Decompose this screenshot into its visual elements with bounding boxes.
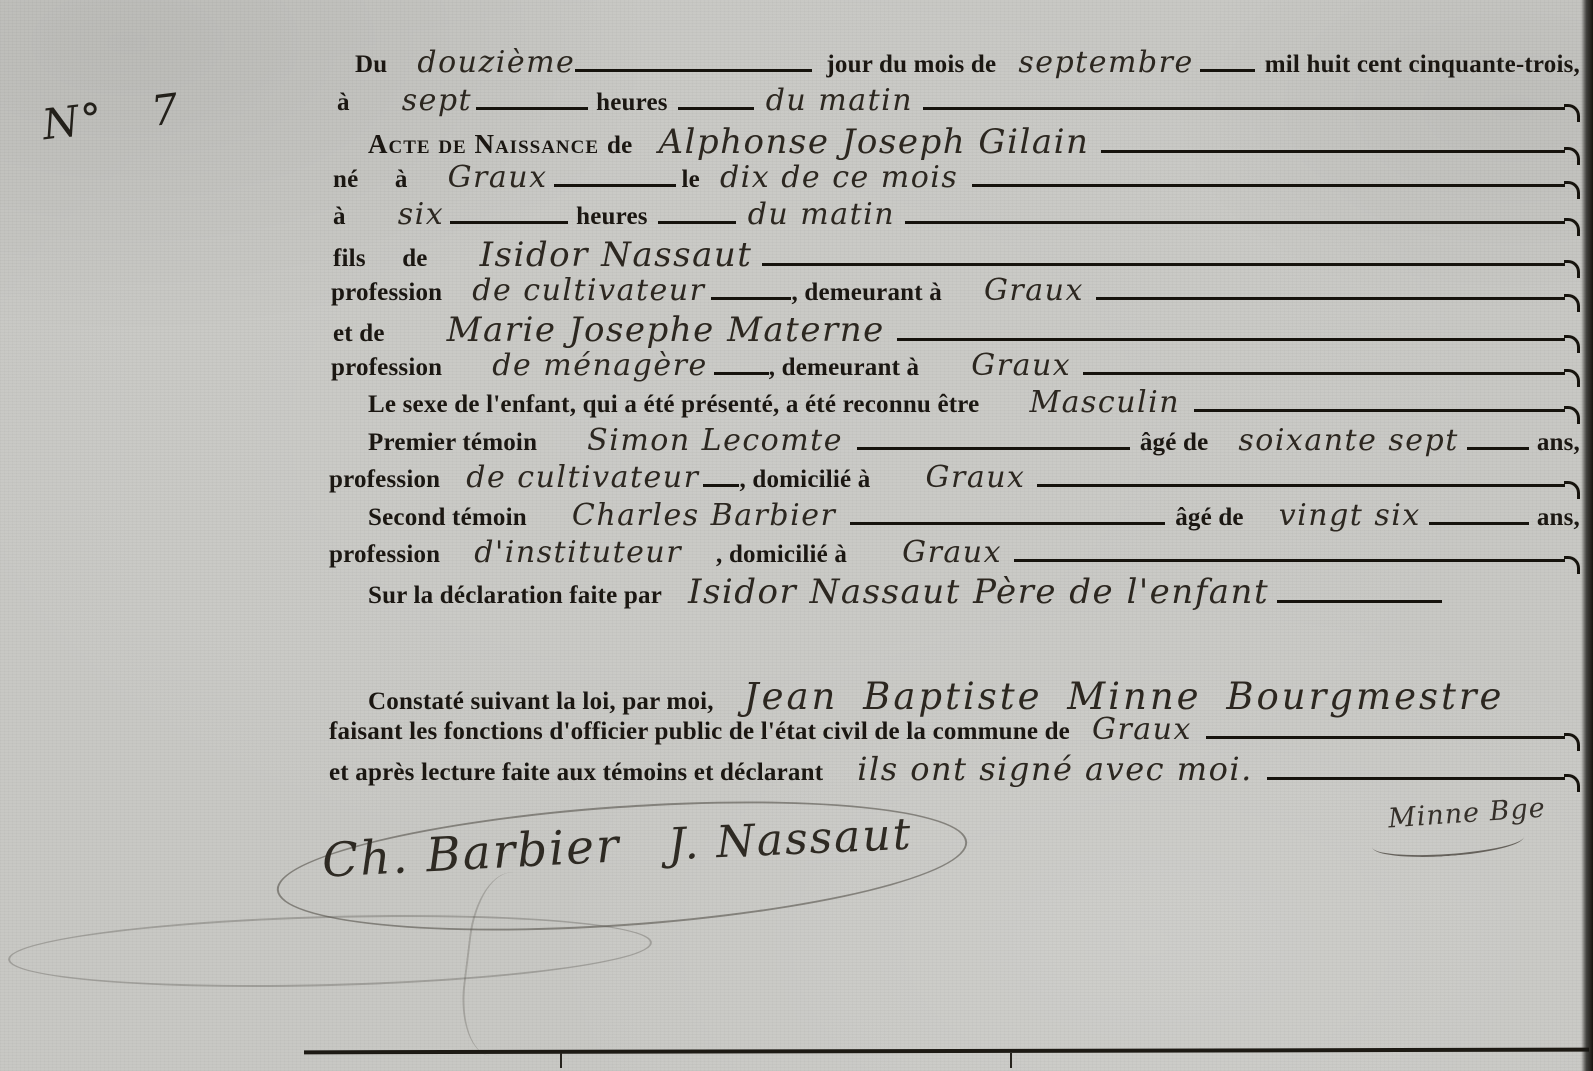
label-domicilie-a: , domicilié à — [739, 466, 870, 494]
rule-fill — [1267, 777, 1565, 780]
entry-first-witness-age: soixante sept — [1238, 423, 1458, 458]
label-ans: ans, — [1537, 429, 1580, 457]
rule-fill — [703, 484, 739, 487]
label-heures: heures — [596, 89, 668, 117]
label-profession: profession — [331, 354, 442, 382]
rule-fill — [554, 184, 676, 187]
record-time-row: à sept heures du matin — [337, 83, 1580, 123]
entry-act-ampm: du matin — [766, 83, 913, 118]
label-a: à — [337, 89, 350, 117]
rule-fill — [857, 447, 1130, 450]
label-demeurant-a: , demeurant à — [769, 354, 920, 382]
entry-second-witness-profession: d'instituteur — [474, 535, 682, 570]
rule-fill — [972, 184, 1565, 187]
officer-row: Constaté suivant la loi, par moi, Jean B… — [368, 675, 1504, 715]
label-profession: profession — [329, 466, 440, 494]
entry-birth-day: dix de ce mois — [720, 160, 958, 195]
numero-symbol: N° — [40, 93, 107, 149]
rule-fill — [850, 522, 1165, 525]
rule-curl — [1564, 481, 1580, 499]
rule-fill — [1096, 297, 1565, 300]
label-fils-de: fils de — [333, 245, 428, 273]
father-row: fils de Isidor Nassaut — [333, 235, 1580, 275]
rule-fill — [1277, 600, 1442, 603]
birth-time-row: à six heures du matin — [333, 197, 1580, 237]
father-profession-row: profession de cultivateur , demeurant à … — [331, 273, 1580, 313]
second-witness-row: Second témoin Charles Barbier âgé de vin… — [368, 498, 1580, 538]
label-profession: profession — [331, 279, 442, 307]
rule-tick — [1010, 1053, 1012, 1068]
rule-fill — [1037, 484, 1565, 487]
margin-record-number: N°7 — [40, 84, 183, 150]
entry-act-day: douzième — [417, 45, 575, 80]
entry-act-hour: sept — [402, 83, 472, 118]
record-number: 7 — [148, 84, 182, 136]
label-age-de: âgé de — [1140, 429, 1209, 457]
label-profession: profession — [329, 541, 440, 569]
entry-second-witness-name: Charles Barbier — [572, 498, 836, 533]
label-du: Du — [355, 51, 387, 79]
second-witness-profession-row: profession d'instituteur , domicilié à G… — [329, 535, 1580, 575]
entry-commune: Graux — [1092, 712, 1192, 747]
rule-fill — [1194, 409, 1565, 412]
label-acte-de-naissance: Acte de Naissance — [368, 129, 599, 160]
entry-second-witness-residence: Graux — [902, 535, 1002, 570]
rule-fill — [658, 221, 736, 224]
entry-second-witness-age: vingt six — [1279, 498, 1421, 533]
sex-row: Le sexe de l'enfant, qui a été présenté,… — [368, 385, 1580, 425]
first-witness-row: Premier témoin Simon Lecomte âgé de soix… — [368, 423, 1580, 463]
entry-declarant: Isidor Nassaut Père de l'enfant — [688, 572, 1269, 612]
entry-first-witness-name: Simon Lecomte — [587, 423, 843, 458]
label-sexe: Le sexe de l'enfant, qui a été présenté,… — [368, 391, 979, 419]
first-witness-profession-row: profession de cultivateur , domicilié à … — [329, 460, 1580, 500]
label-domicilie-a: , domicilié à — [716, 541, 847, 569]
rule-fill — [476, 107, 588, 110]
label-ans: ans, — [1537, 504, 1580, 532]
rule-fill — [1429, 522, 1529, 525]
record-date-row: Du douzième jour du mois de septembre mi… — [355, 45, 1580, 85]
rule-fill — [923, 107, 1565, 110]
rule-fill — [1200, 69, 1255, 72]
entry-father-residence: Graux — [984, 273, 1084, 308]
label-ne-a: né à — [333, 166, 408, 194]
entry-mother-name: Marie Josephe Materne — [447, 310, 885, 350]
label-heures: heures — [576, 203, 648, 231]
rule-fill — [450, 221, 568, 224]
label-le: le — [682, 166, 700, 194]
entry-first-witness-profession: de cultivateur — [466, 460, 699, 495]
rule-fill — [1467, 447, 1529, 450]
declaration-row: Sur la déclaration faite par Isidor Nass… — [368, 572, 1442, 612]
rule-curl — [1564, 218, 1580, 236]
rule-fill — [1083, 372, 1565, 375]
birthplace-row: né à Graux le dix de ce mois — [333, 160, 1580, 200]
mother-row: et de Marie Josephe Materne — [333, 310, 1580, 350]
birth-certificate-page: N°7 Du douzième jour du mois de septembr… — [0, 0, 1593, 1071]
entry-mother-profession: de ménagère — [492, 348, 707, 383]
label-faisant-fonctions: faisant les fonctions d'officier public … — [329, 718, 1070, 746]
rule-curl — [1564, 104, 1580, 122]
rule-fill — [711, 297, 791, 300]
act-title-row: Acte de Naissance de Alphonse Joseph Gil… — [368, 122, 1580, 162]
rule-fill — [1014, 559, 1565, 562]
commune-row: faisant les fonctions d'officier public … — [329, 712, 1580, 752]
entry-child-name: Alphonse Joseph Gilain — [658, 122, 1089, 162]
entry-birth-ampm: du matin — [748, 197, 895, 232]
rule-fill — [575, 69, 812, 72]
entry-birth-hour: six — [398, 197, 444, 232]
rule-curl — [1564, 406, 1580, 424]
label-apres-lecture: et après lecture faite aux témoins et dé… — [329, 759, 823, 787]
rule-tick — [560, 1053, 562, 1068]
label-year: mil huit cent cinquante-trois, — [1265, 51, 1580, 79]
entry-mother-residence: Graux — [971, 348, 1071, 383]
label-second-temoin: Second témoin — [368, 504, 527, 532]
rule-fill — [905, 221, 1565, 224]
label-demeurant-a: , demeurant à — [791, 279, 942, 307]
rule-fill — [714, 372, 769, 375]
rule-fill — [897, 338, 1565, 341]
entry-first-witness-residence: Graux — [926, 460, 1026, 495]
mother-profession-row: profession de ménagère , demeurant à Gra… — [331, 348, 1580, 388]
rule-fill — [762, 263, 1565, 266]
entry-act-month: septembre — [1018, 45, 1193, 80]
rule-fill — [678, 107, 754, 110]
label-de: de — [607, 132, 632, 160]
label-premier-temoin: Premier témoin — [368, 429, 537, 457]
label-et-de: et de — [333, 320, 385, 348]
rule-curl — [1564, 733, 1580, 751]
entry-sex: Masculin — [1029, 385, 1180, 420]
entry-birthplace: Graux — [448, 160, 548, 195]
entry-father-profession: de cultivateur — [472, 273, 705, 308]
declarant-signature: J. Nassaut — [667, 809, 913, 871]
closing-row: et après lecture faite aux témoins et dé… — [329, 750, 1580, 790]
label-sur-declaration: Sur la déclaration faite par — [368, 582, 662, 610]
pencil-flourish — [7, 908, 653, 995]
rule-fill — [1206, 736, 1565, 739]
rule-curl — [1564, 774, 1580, 792]
rule-curl — [1564, 556, 1580, 574]
entry-closing-statement: ils ont signé avec moi. — [857, 750, 1253, 788]
label-jour-du-mois: jour du mois de — [826, 51, 996, 79]
label-age-de: âgé de — [1175, 504, 1244, 532]
rule-fill — [1101, 150, 1565, 153]
entry-father-name: Isidor Nassaut — [480, 235, 753, 275]
label-a: à — [333, 203, 346, 231]
book-gutter-shadow — [1581, 0, 1593, 1071]
